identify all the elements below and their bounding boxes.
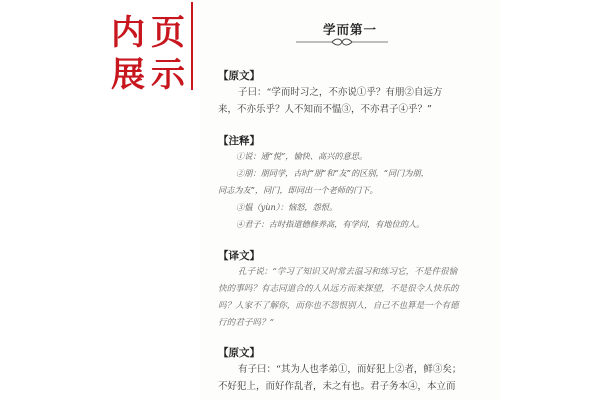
translation-line: 孔子说：“学习了知识又时常去温习和练习它，不是件很愉 <box>218 264 480 281</box>
badge-char: 展 <box>108 55 148 95</box>
original-text-line: 有子曰：“其为人也孝弟①，而好犯上②者，鲜③矣； <box>218 361 480 378</box>
book-page: 学而第一 【原文】 子曰：“学而时习之，不亦说①乎？有朋②自远方 来，不亦乐乎？… <box>200 0 500 400</box>
original-text-line: 来，不亦乐乎？人不知而不愠③，不亦君子④乎？” <box>218 101 480 118</box>
note-line: ③愠（yùn）：恼怒，怨恨。 <box>218 199 480 216</box>
chapter-title: 学而第一 <box>200 20 500 38</box>
section-heading-original: 【原文】 <box>218 68 260 83</box>
badge-char: 内 <box>108 13 148 53</box>
badge-char: 页 <box>148 13 188 53</box>
badge-char: 示 <box>148 55 188 95</box>
ornament-divider-icon <box>296 38 388 46</box>
translation-line: 快的事吗？有志同道合的人从远方而来探望，不是很令人快乐的 <box>218 281 480 298</box>
original-text-line: 子曰：“学而时习之，不亦说①乎？有朋②自远方 <box>218 84 480 101</box>
section-heading-notes: 【注释】 <box>218 133 260 148</box>
red-divider <box>191 2 193 90</box>
note-line: ④君子：古时指道德修养高，有学问，有地位的人。 <box>218 216 480 233</box>
translation-line: 行的君子吗？” <box>218 315 480 332</box>
page-preview-badge: 内 页 展 示 <box>108 13 188 95</box>
note-line: 同志为友”，同门，即同出一个老师的门下。 <box>218 182 480 199</box>
translation-line: 吗？人家不了解你，而你也不怨恨别人，自己不也算是一个有德 <box>218 298 480 315</box>
section-heading-original-2: 【原文】 <box>218 345 260 360</box>
note-line: ②朋：朋同学，古时“朋”和“友”的区别，“同门为朋， <box>218 165 480 182</box>
section-heading-translation: 【译文】 <box>218 248 260 263</box>
note-line: ①说：通“悦”，愉快、高兴的意思。 <box>218 148 480 165</box>
original-text-line: 不好犯上，而好作乱者，未之有也。君子务本④，本立而 <box>218 378 480 395</box>
